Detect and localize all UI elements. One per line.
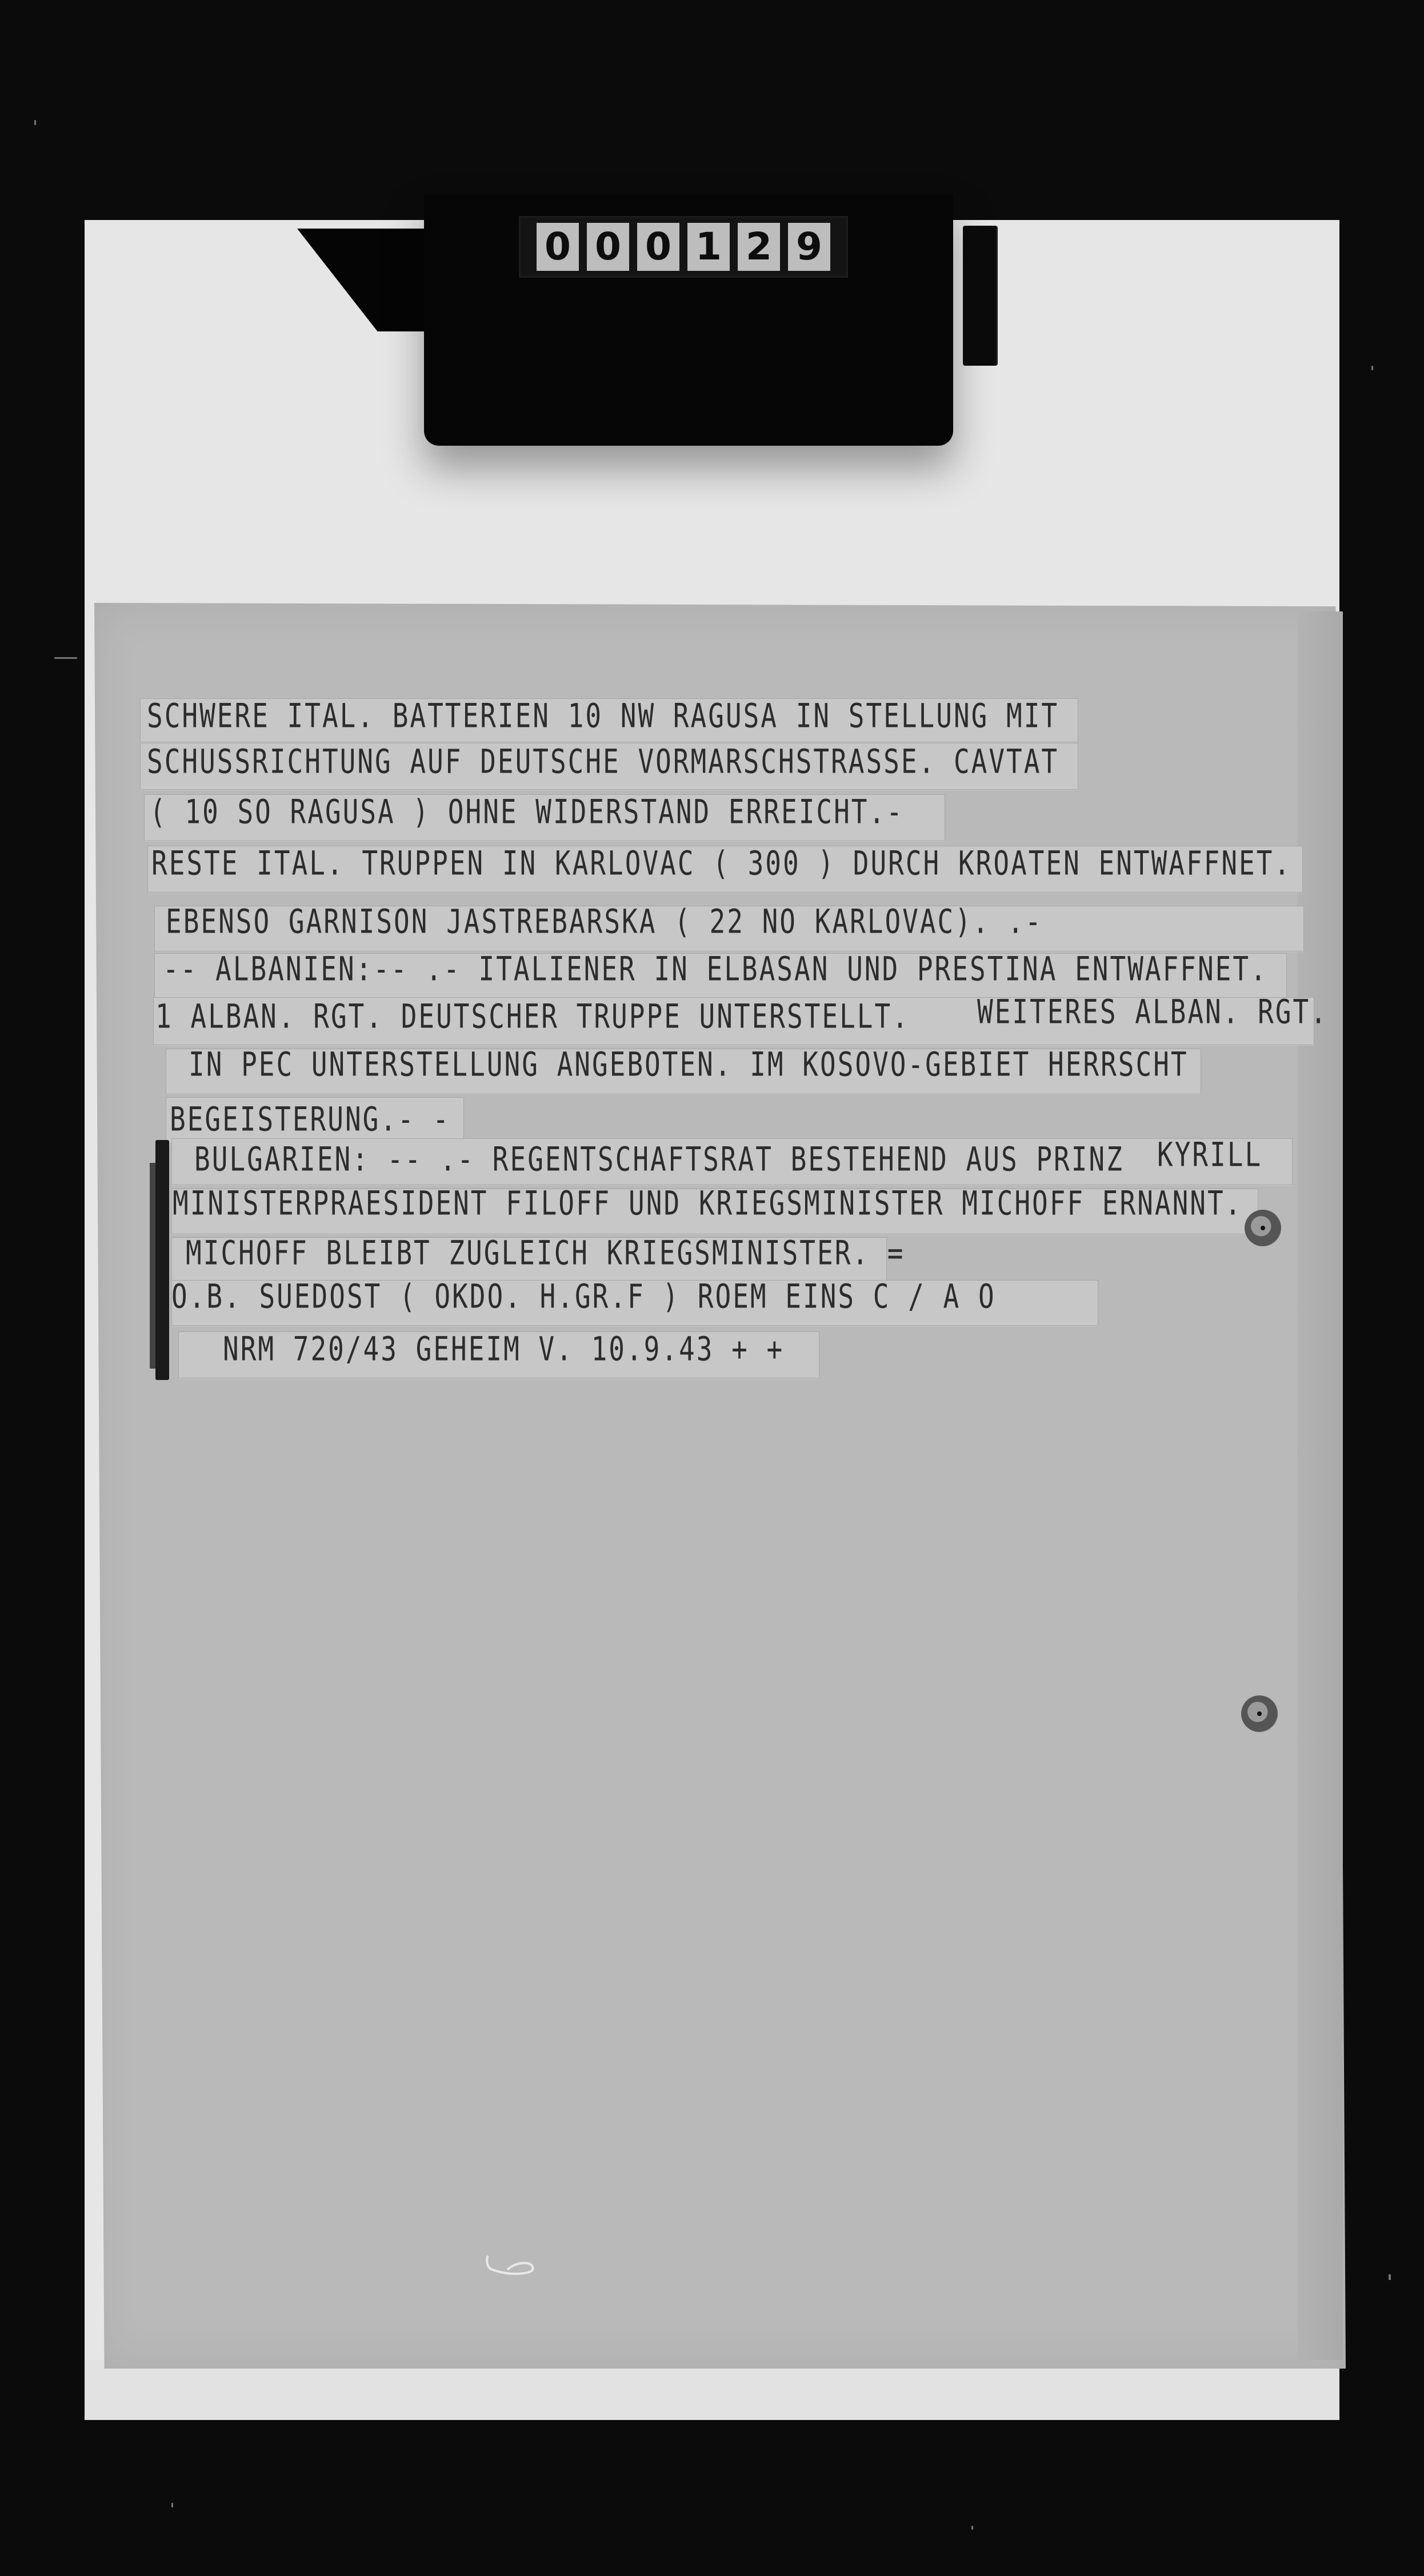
film-speck [171,2503,173,2507]
counter-digit: 0 [537,223,579,271]
film-speck [971,2526,973,2530]
paper-edge-shadow [1297,611,1343,2360]
telegram-line: KYRILL [1157,1135,1262,1174]
telegram-line: EBENSO GARNISON JASTREBARSKA ( 22 NO KAR… [166,902,1043,941]
punch-hole-icon [1241,1695,1278,1732]
punch-hole-icon [1245,1210,1281,1246]
film-speck [54,657,77,659]
counter-digit: 0 [587,223,629,271]
counter-digit: 1 [687,223,730,271]
handwritten-mark-icon [483,2254,540,2283]
telegram-line: -- ALBANIEN:-- .- ITALIENER IN ELBASAN U… [163,950,1268,989]
film-speck [1389,2274,1391,2280]
counter-digit: 9 [788,223,830,271]
telegram-line: MINISTERPRAESIDENT FILOFF UND KRIEGSMINI… [173,1184,1242,1223]
telegram-line: WEITERES ALBAN. RGT. [977,993,1328,1031]
telegram-line: SCHUSSRICHTUNG AUF DEUTSCHE VORMARSCHSTR… [147,742,1059,781]
telegram-line: SCHWERE ITAL. BATTERIEN 10 NW RAGUSA IN … [147,697,1059,735]
counter-digit: 0 [637,223,679,271]
margin-ink-bar [155,1140,169,1380]
counter-knob [963,226,998,366]
telegram-line: BEGEISTERUNG.- - [170,1100,450,1139]
counter-display: 0 0 0 1 2 9 [519,216,848,278]
telegram-line: ( 10 SO RAGUSA ) OHNE WIDERSTAND ERREICH… [150,793,904,831]
telegram-line: RESTE ITAL. TRUPPEN IN KARLOVAC ( 300 ) … [151,844,1291,883]
telegram-line: IN PEC UNTERSTELLUNG ANGEBOTEN. IM KOSOV… [189,1045,1189,1084]
telegram-line: MICHOFF BLEIBT ZUGLEICH KRIEGSMINISTER. … [186,1234,905,1273]
telegram-line: BULGARIEN: -- .- REGENTSCHAFTSRAT BESTEH… [194,1140,1124,1179]
telegram-line: NRM 720/43 GEHEIM V. 10.9.43 + + [223,1330,784,1369]
telegram-line: O.B. SUEDOST ( OKDO. H.GR.F ) ROEM EINS … [171,1277,996,1316]
film-speck [1371,366,1373,370]
counter-digit: 2 [738,223,780,271]
telegram-line: 1 ALBAN. RGT. DEUTSCHER TRUPPE UNTERSTEL… [155,997,910,1036]
margin-mark [150,1163,155,1369]
film-speck [34,120,36,125]
backing-board-bottom [85,2360,1339,2420]
